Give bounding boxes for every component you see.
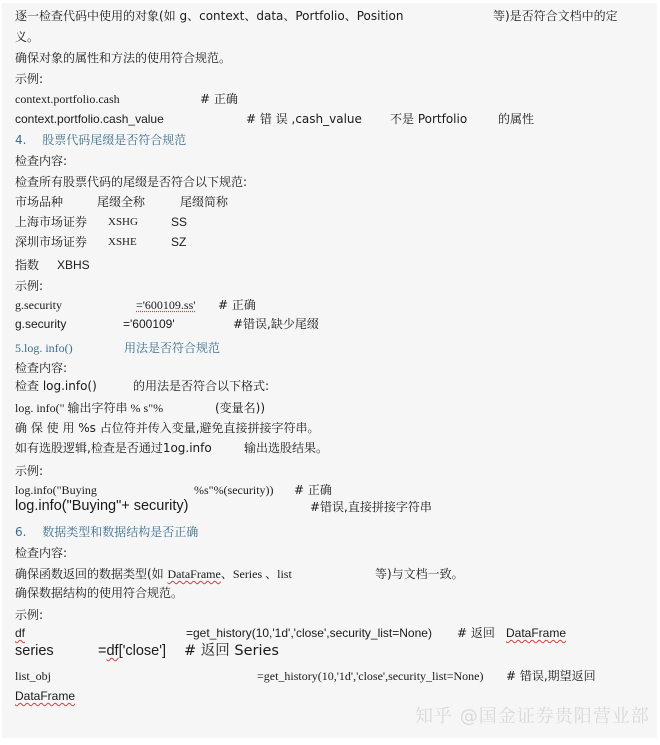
sec5-format-b: (变量名)) xyxy=(215,400,265,416)
sec4-index-label: 指数 xyxy=(15,257,39,273)
sec4-title: 股票代码尾缀是否符合规范 xyxy=(42,133,186,147)
sec3-example2-comment-a: # 错 误 ,cash_value xyxy=(246,111,362,127)
sec6-example2-index: ['close'] xyxy=(119,643,166,659)
sec6-example1-type: DataFrame xyxy=(506,625,566,641)
sec4-intro: 检查所有股票代码的尾缀是否符合以下规范: xyxy=(15,174,247,190)
sec6-title: 数据类型和数据结构是否正确 xyxy=(42,525,198,539)
sec6-example1-type-text: DataFrame xyxy=(506,626,566,640)
sec6-example3-type-text: DataFrame xyxy=(15,689,75,703)
sec4-table-row2-full: XSHE xyxy=(108,234,137,250)
sec5-check-label: 检查内容: xyxy=(15,360,67,376)
sec4-table-row2-market: 深圳市场证券 xyxy=(15,234,87,250)
sec3-example1-comment: # 正确 xyxy=(200,91,238,107)
sec4-example1-comment: # 正确 xyxy=(218,297,256,313)
sec6-check-label: 检查内容: xyxy=(15,545,67,561)
sec5-format-a: log. info(" 输出字符串 % s"% xyxy=(15,400,163,416)
sec3-example2-comment-b: 不是 Portfolio xyxy=(390,111,467,127)
sec4-example2-comment: #错误,缺少尾缀 xyxy=(233,316,319,332)
sec6-example1-comment: # 返回 xyxy=(457,625,495,641)
sec5-example2-code: log.info("Buying"+ security) xyxy=(15,498,189,514)
sec3-example1-code: context.portfolio.cash xyxy=(15,91,120,107)
sec3-line1-text-a: 逐一检查代码中使用的对象(如 g、context、data、Portfolio、… xyxy=(15,9,403,23)
sec4-table-row1-full: XSHG xyxy=(108,214,138,230)
sec3-line1b: 等)是否符合文档中的定 xyxy=(493,8,618,24)
sec5-line2: 确 保 使 用 %s 占位符并传入变量,避免直接拼接字符串。 xyxy=(15,420,320,436)
sec4-table-row2-short: SZ xyxy=(171,234,186,250)
sec3-line3: 确保对象的属性和方法的使用符合规范。 xyxy=(15,50,231,66)
sec5-heading-title: 用法是否符合规范 xyxy=(124,340,220,356)
sec6-line1: 确保函数返回的数据类型(如 DataFrame、Series 、list xyxy=(15,566,292,582)
sec6-example2-comment: # 返回 Series xyxy=(184,643,279,659)
sec6-line2: 确保数据结构的使用符合规范。 xyxy=(15,585,183,601)
sec5-example1-code-b: %s"%(security)) xyxy=(194,482,274,498)
sec5-example2-comment: #错误,直接拼接字符串 xyxy=(310,499,432,515)
sec5-example-label: 示例: xyxy=(15,463,43,479)
sec6-example3-comment: # 错误,期望返回 xyxy=(506,668,596,684)
sec4-table-header-short: 尾缀简称 xyxy=(180,194,228,210)
sec5-line1a: 检查 log.info() xyxy=(15,378,97,394)
sec4-example1-code: g.security xyxy=(15,297,62,313)
sec6-example3-type: DataFrame xyxy=(15,688,75,704)
sec4-table-row1-market: 上海市场证券 xyxy=(15,214,87,230)
sec6-number: 6. xyxy=(15,525,26,539)
sec6-line1-dataframe: DataFrame xyxy=(168,567,221,581)
sec4-check-label: 检查内容: xyxy=(15,153,67,169)
sec3-example2-code: context.portfolio.cash_value xyxy=(15,111,164,127)
sec4-example1-value-text: ='600109.ss' xyxy=(136,298,195,312)
sec4-table-header-market: 市场品种 xyxy=(15,194,63,210)
sec4-table-header-full: 尾缀全称 xyxy=(97,194,145,210)
sec4-index-suffix: XBHS xyxy=(57,257,90,273)
sec4-heading: 4. 股票代码尾缀是否符合规范 xyxy=(15,132,186,148)
sec6-heading: 6. 数据类型和数据结构是否正确 xyxy=(15,524,198,540)
sec5-example1-code: log.info("Buying xyxy=(15,482,97,498)
sec4-example1-value: ='600109.ss' xyxy=(136,297,195,313)
sec6-example2-var: series xyxy=(15,643,54,659)
sec6-example3-code: =get_history(10,'1d','close',security_li… xyxy=(257,668,483,684)
watermark: 知乎 @国金证券贵阳营业部 xyxy=(415,702,650,728)
sec3-line2: 义。 xyxy=(15,29,39,45)
sec4-example2-code: g.security xyxy=(15,316,66,332)
sec3-example2-comment-c: 的属性 xyxy=(498,111,534,127)
sec4-example-label: 示例: xyxy=(15,278,43,294)
sec5-line1b: 的用法是否符合以下格式: xyxy=(133,378,269,394)
sec3-example-label: 示例: xyxy=(15,71,43,87)
sec3-line1: 逐一检查代码中使用的对象(如 g、context、data、Portfolio、… xyxy=(15,8,403,24)
sec6-line1c: 等)与文档一致。 xyxy=(375,566,464,582)
sec5-example1-comment: # 正确 xyxy=(294,482,332,498)
sec4-number: 4. xyxy=(15,133,26,147)
sec6-line1-text-a: 确保函数返回的数据类型(如 xyxy=(15,567,168,581)
sec6-example1-code: =get_history(10,'1d','close',security_li… xyxy=(186,625,432,641)
sec5-line3b: 输出选股结果。 xyxy=(244,440,328,456)
sec6-example2-df: df xyxy=(106,643,118,659)
sec4-example2-value: ='600109' xyxy=(123,316,175,332)
sec4-table-row1-short: SS xyxy=(171,214,187,230)
sec6-example1-var-text: df xyxy=(15,626,25,640)
sec5-line3a: 如有选股逻辑,检查是否通过1og.info xyxy=(15,440,212,456)
sec6-example2-code: =df['close'] xyxy=(98,643,166,659)
sec6-example-label: 示例: xyxy=(15,607,43,623)
sec6-example3-var: list_obj xyxy=(15,668,51,684)
sec6-example1-var: df xyxy=(15,625,25,641)
sec5-heading-code: 5.log. info() xyxy=(15,340,73,356)
sec6-line1-text-b: 、Series 、list xyxy=(221,567,292,581)
